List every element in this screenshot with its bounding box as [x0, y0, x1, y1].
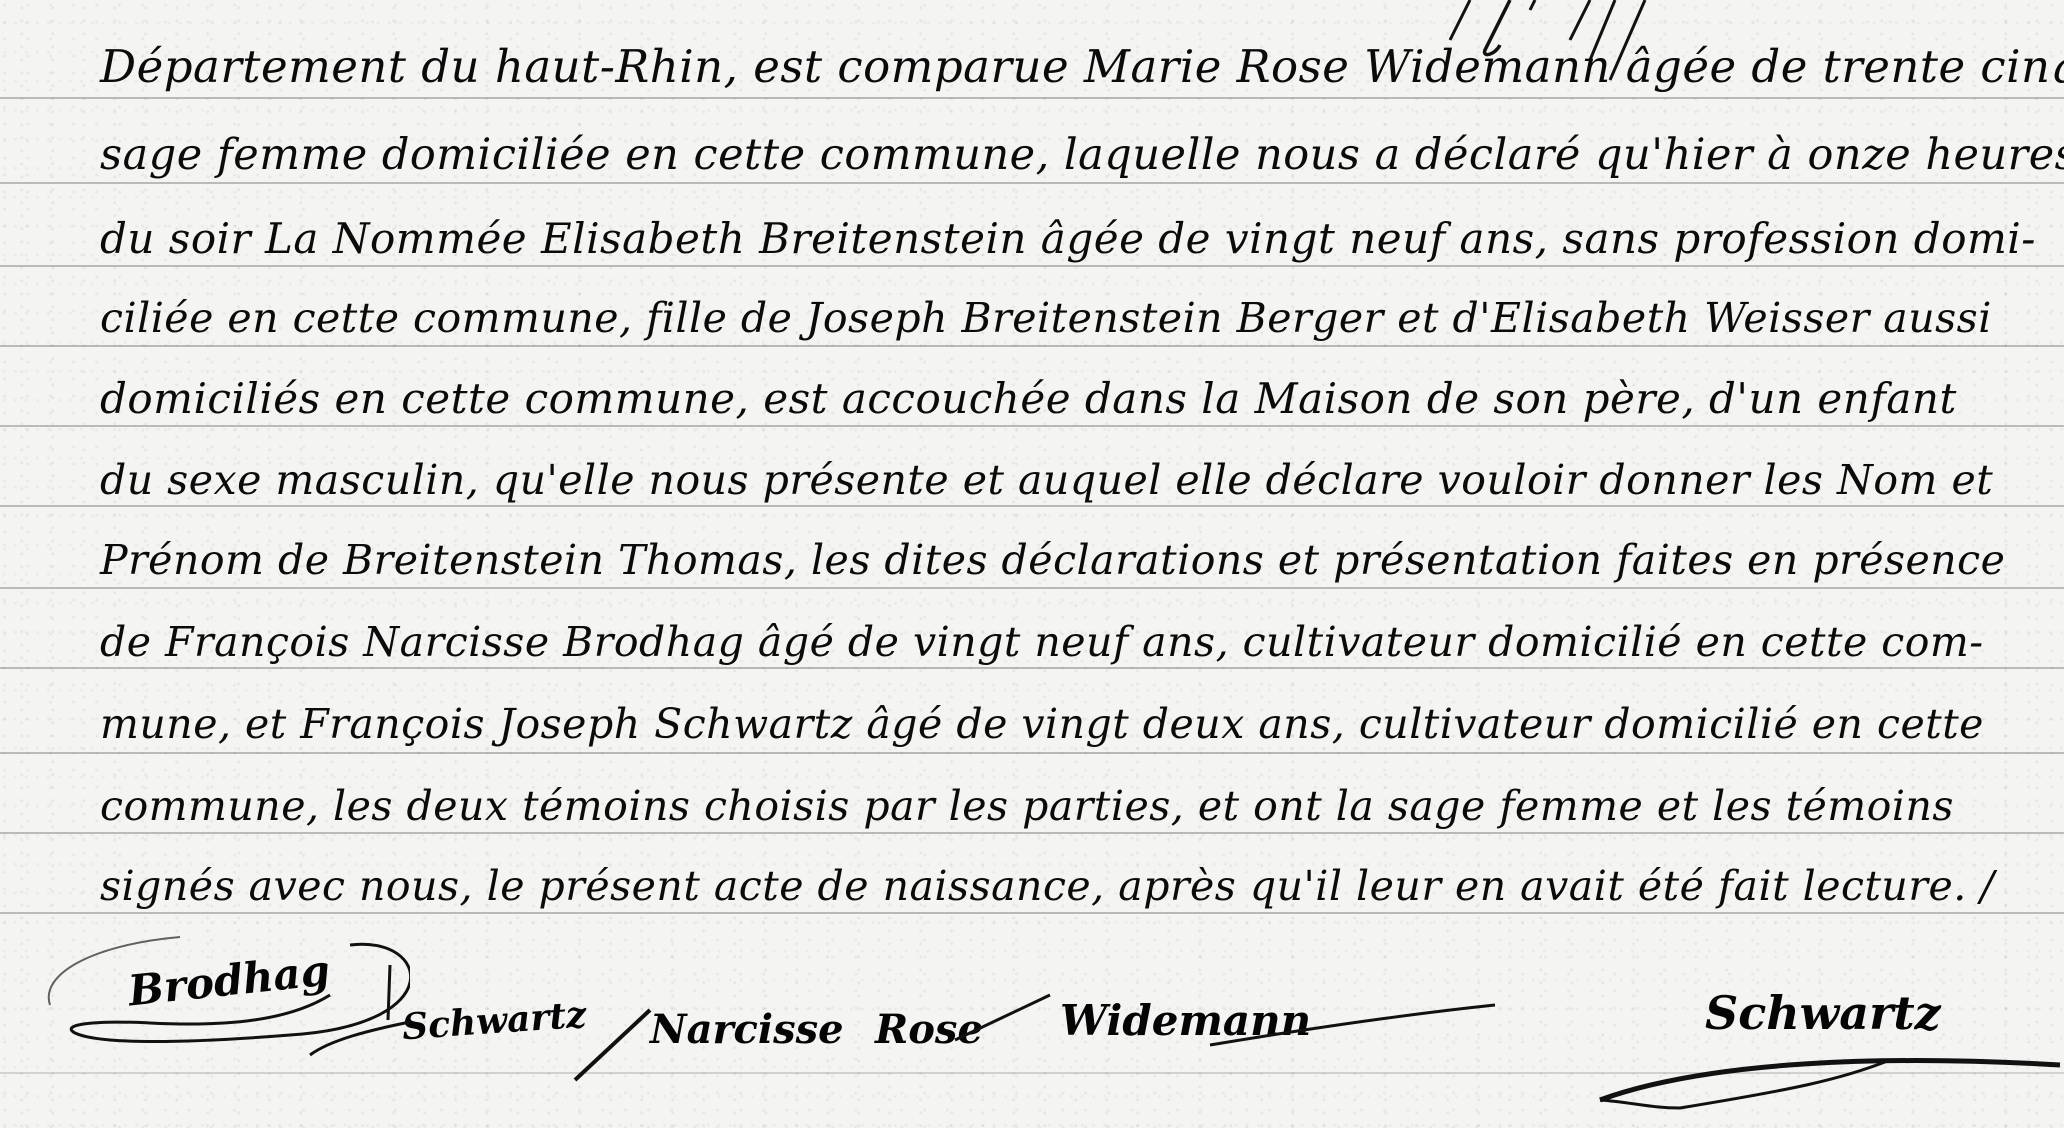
ruled-line: [0, 345, 2064, 347]
ruled-line: [0, 1072, 2064, 1074]
text-line-6: du sexe masculin, qu'elle nous présente …: [100, 460, 2064, 501]
signature-flourish-schwartz-official: [1590, 1040, 2064, 1120]
text-line-2: sage femme domiciliée en cette commune, …: [100, 134, 2064, 177]
text-line-5: domiciliés en cette commune, est accouch…: [100, 378, 2064, 420]
text-line-9: mune, et François Joseph Schwartz âgé de…: [100, 704, 2064, 745]
ruled-line: [0, 587, 2064, 589]
ruled-line: [0, 667, 2064, 669]
document-page: Département du haut-Rhin, est comparue M…: [0, 0, 2064, 1128]
signature-rose: Rose: [875, 1010, 983, 1050]
ruled-line: [0, 752, 2064, 754]
signature-schwartz-witness: Schwartz: [401, 997, 588, 1046]
ruled-line: [0, 912, 2064, 914]
text-line-3: du soir La Nommée Elisabeth Breitenstein…: [100, 218, 2064, 260]
text-line-7: Prénom de Breitenstein Thomas, les dites…: [100, 540, 2064, 581]
signature-brodhag: Brodhag: [126, 950, 331, 1013]
ruled-line: [0, 505, 2064, 507]
text-line-8: de François Narcisse Brodhag âgé de ving…: [100, 622, 2064, 663]
text-line-1: Département du haut-Rhin, est comparue M…: [100, 44, 2064, 89]
ruled-line: [0, 182, 2064, 184]
text-line-10: commune, les deux témoins choisis par le…: [100, 786, 2064, 827]
signature-widemann: Widemann: [1060, 1000, 1311, 1042]
text-line-4: ciliée en cette commune, fille de Joseph…: [100, 298, 2064, 339]
ruled-line: [0, 265, 2064, 267]
ruled-line: [0, 97, 2064, 99]
ruled-line: [0, 425, 2064, 427]
text-line-11: signés avec nous, le présent acte de nai…: [100, 866, 2064, 907]
ruled-line: [0, 832, 2064, 834]
signature-narcisse: Narcisse: [650, 1010, 844, 1050]
signature-schwartz-official: Schwartz: [1705, 990, 1941, 1036]
